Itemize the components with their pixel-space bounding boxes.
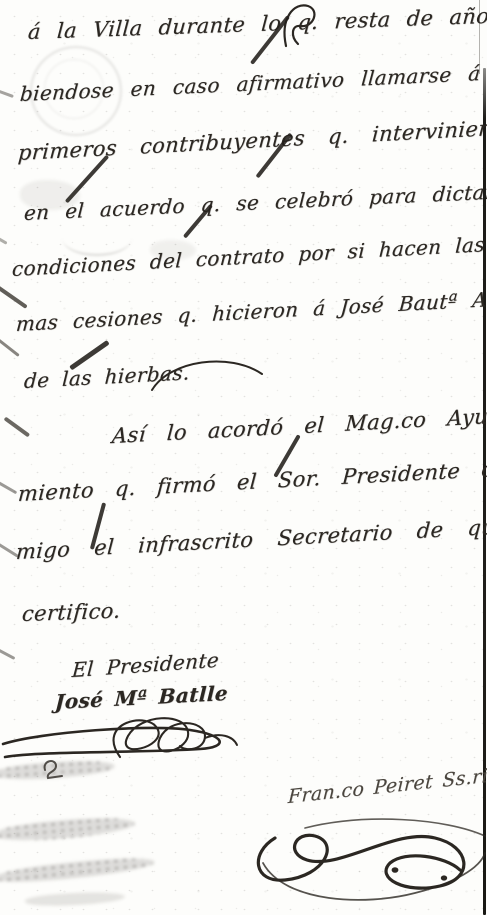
margin-ink-stroke [0, 647, 15, 660]
manuscript-line: á la Villa durante lo q. resta de año. d… [27, 2, 487, 44]
margin-ink-stroke [0, 481, 17, 495]
manuscript-page: á la Villa durante lo q. resta de año. d… [0, 0, 487, 915]
manuscript-line: certifico. [21, 599, 121, 627]
manuscript-line: en el acuerdo q. se celebró para dictar … [23, 178, 487, 226]
manuscript-line: migo el infrascrito Secretario de que [15, 514, 487, 564]
paper-smudge [20, 180, 80, 210]
margin-ink-stroke [0, 234, 8, 244]
secretary-signature: Fran.co Peiret Ss.rio [287, 764, 487, 809]
hierbas-tail-flourish-icon [150, 352, 270, 398]
bleed-through-smudge [0, 814, 136, 844]
margin-ink-stroke [0, 336, 20, 357]
manuscript-line: mas cesiones q. hicieron á José Bautª Ag… [15, 285, 487, 336]
margin-ink-stroke [0, 89, 14, 98]
bleed-through-smudge [0, 854, 155, 887]
president-title: El Presidente [71, 648, 220, 682]
manuscript-line: Así lo acordó el Mag.co Ayunta [111, 402, 487, 448]
manuscript-line: miento q. firmó el Sor. Presidente con [17, 456, 487, 506]
margin-ink-stroke [0, 285, 28, 309]
margin-ink-stroke [4, 417, 30, 437]
bleed-through-smudge [25, 890, 125, 907]
letter-q-loop-flourish-icon [278, 0, 324, 50]
secretary-rubric-flourish-icon [245, 808, 487, 908]
paper-smudge [150, 240, 196, 260]
